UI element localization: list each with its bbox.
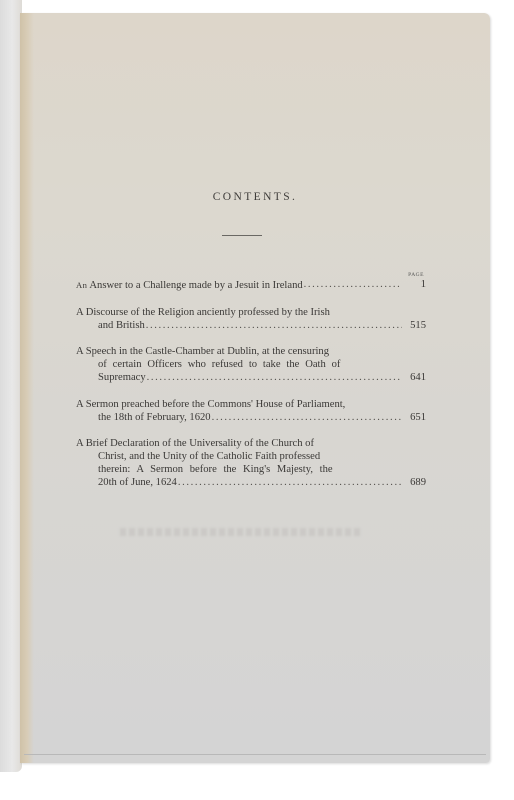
- toc-entry-title-line: therein: A Sermon before the King's Maje…: [98, 464, 333, 477]
- show-through-text: [120, 528, 360, 536]
- title-rule-divider: [222, 235, 262, 236]
- toc-entry-page: 689: [408, 477, 426, 490]
- toc-entry-title-line: the 18th of February, 1620: [98, 412, 211, 425]
- toc-entry-title-line: 20th of June, 1624: [98, 477, 177, 490]
- toc-entry-title-line: Christ, and the Unity of the Catholic Fa…: [98, 451, 320, 464]
- toc-entry: An Answer to a Challenge made by a Jesui…: [76, 279, 426, 293]
- dot-leader: [146, 320, 402, 333]
- page-title: CONTENTS.: [20, 191, 490, 203]
- toc-entry-title-line: A Brief Declaration of the Universality …: [76, 438, 314, 451]
- toc-entry-page: 641: [408, 372, 426, 385]
- toc-entry-page: 1: [408, 279, 426, 293]
- dot-leader: [212, 412, 402, 425]
- toc-entry-title: An Answer to a Challenge made by a Jesui…: [76, 279, 303, 293]
- toc-entry-title-line: A Sermon preached before the Commons' Ho…: [76, 399, 345, 412]
- dot-leader: [178, 477, 402, 490]
- toc-entry-title-line: A Speech in the Castle-Chamber at Dublin…: [76, 346, 329, 359]
- table-of-contents: An Answer to a Challenge made by a Jesui…: [76, 279, 426, 504]
- toc-entry-title-line: A Discourse of the Religion anciently pr…: [76, 307, 330, 320]
- toc-entry-page: 651: [408, 412, 426, 425]
- dot-leader: [304, 279, 402, 293]
- previous-page-edge: [0, 0, 22, 772]
- toc-entry: A Brief Declaration of the Universality …: [76, 438, 426, 489]
- toc-entry: A Sermon preached before the Commons' Ho…: [76, 399, 426, 425]
- toc-entry-page: 515: [408, 320, 426, 333]
- toc-entry-title-line: of certain Officers who refused to take …: [98, 359, 340, 372]
- dot-leader: [147, 372, 402, 385]
- toc-entry: A Speech in the Castle-Chamber at Dublin…: [76, 346, 426, 384]
- toc-entry: A Discourse of the Religion anciently pr…: [76, 307, 426, 333]
- toc-entry-title-line: Supremacy: [98, 372, 146, 385]
- lead-smallcap: An: [76, 280, 87, 290]
- title-text: Answer to a Challenge made by a Jesuit i…: [87, 280, 302, 291]
- toc-entry-title-line: and British: [98, 320, 145, 333]
- page-column-label: PAGE: [394, 272, 424, 278]
- book-page: CONTENTS. PAGE An Answer to a Challenge …: [20, 13, 490, 763]
